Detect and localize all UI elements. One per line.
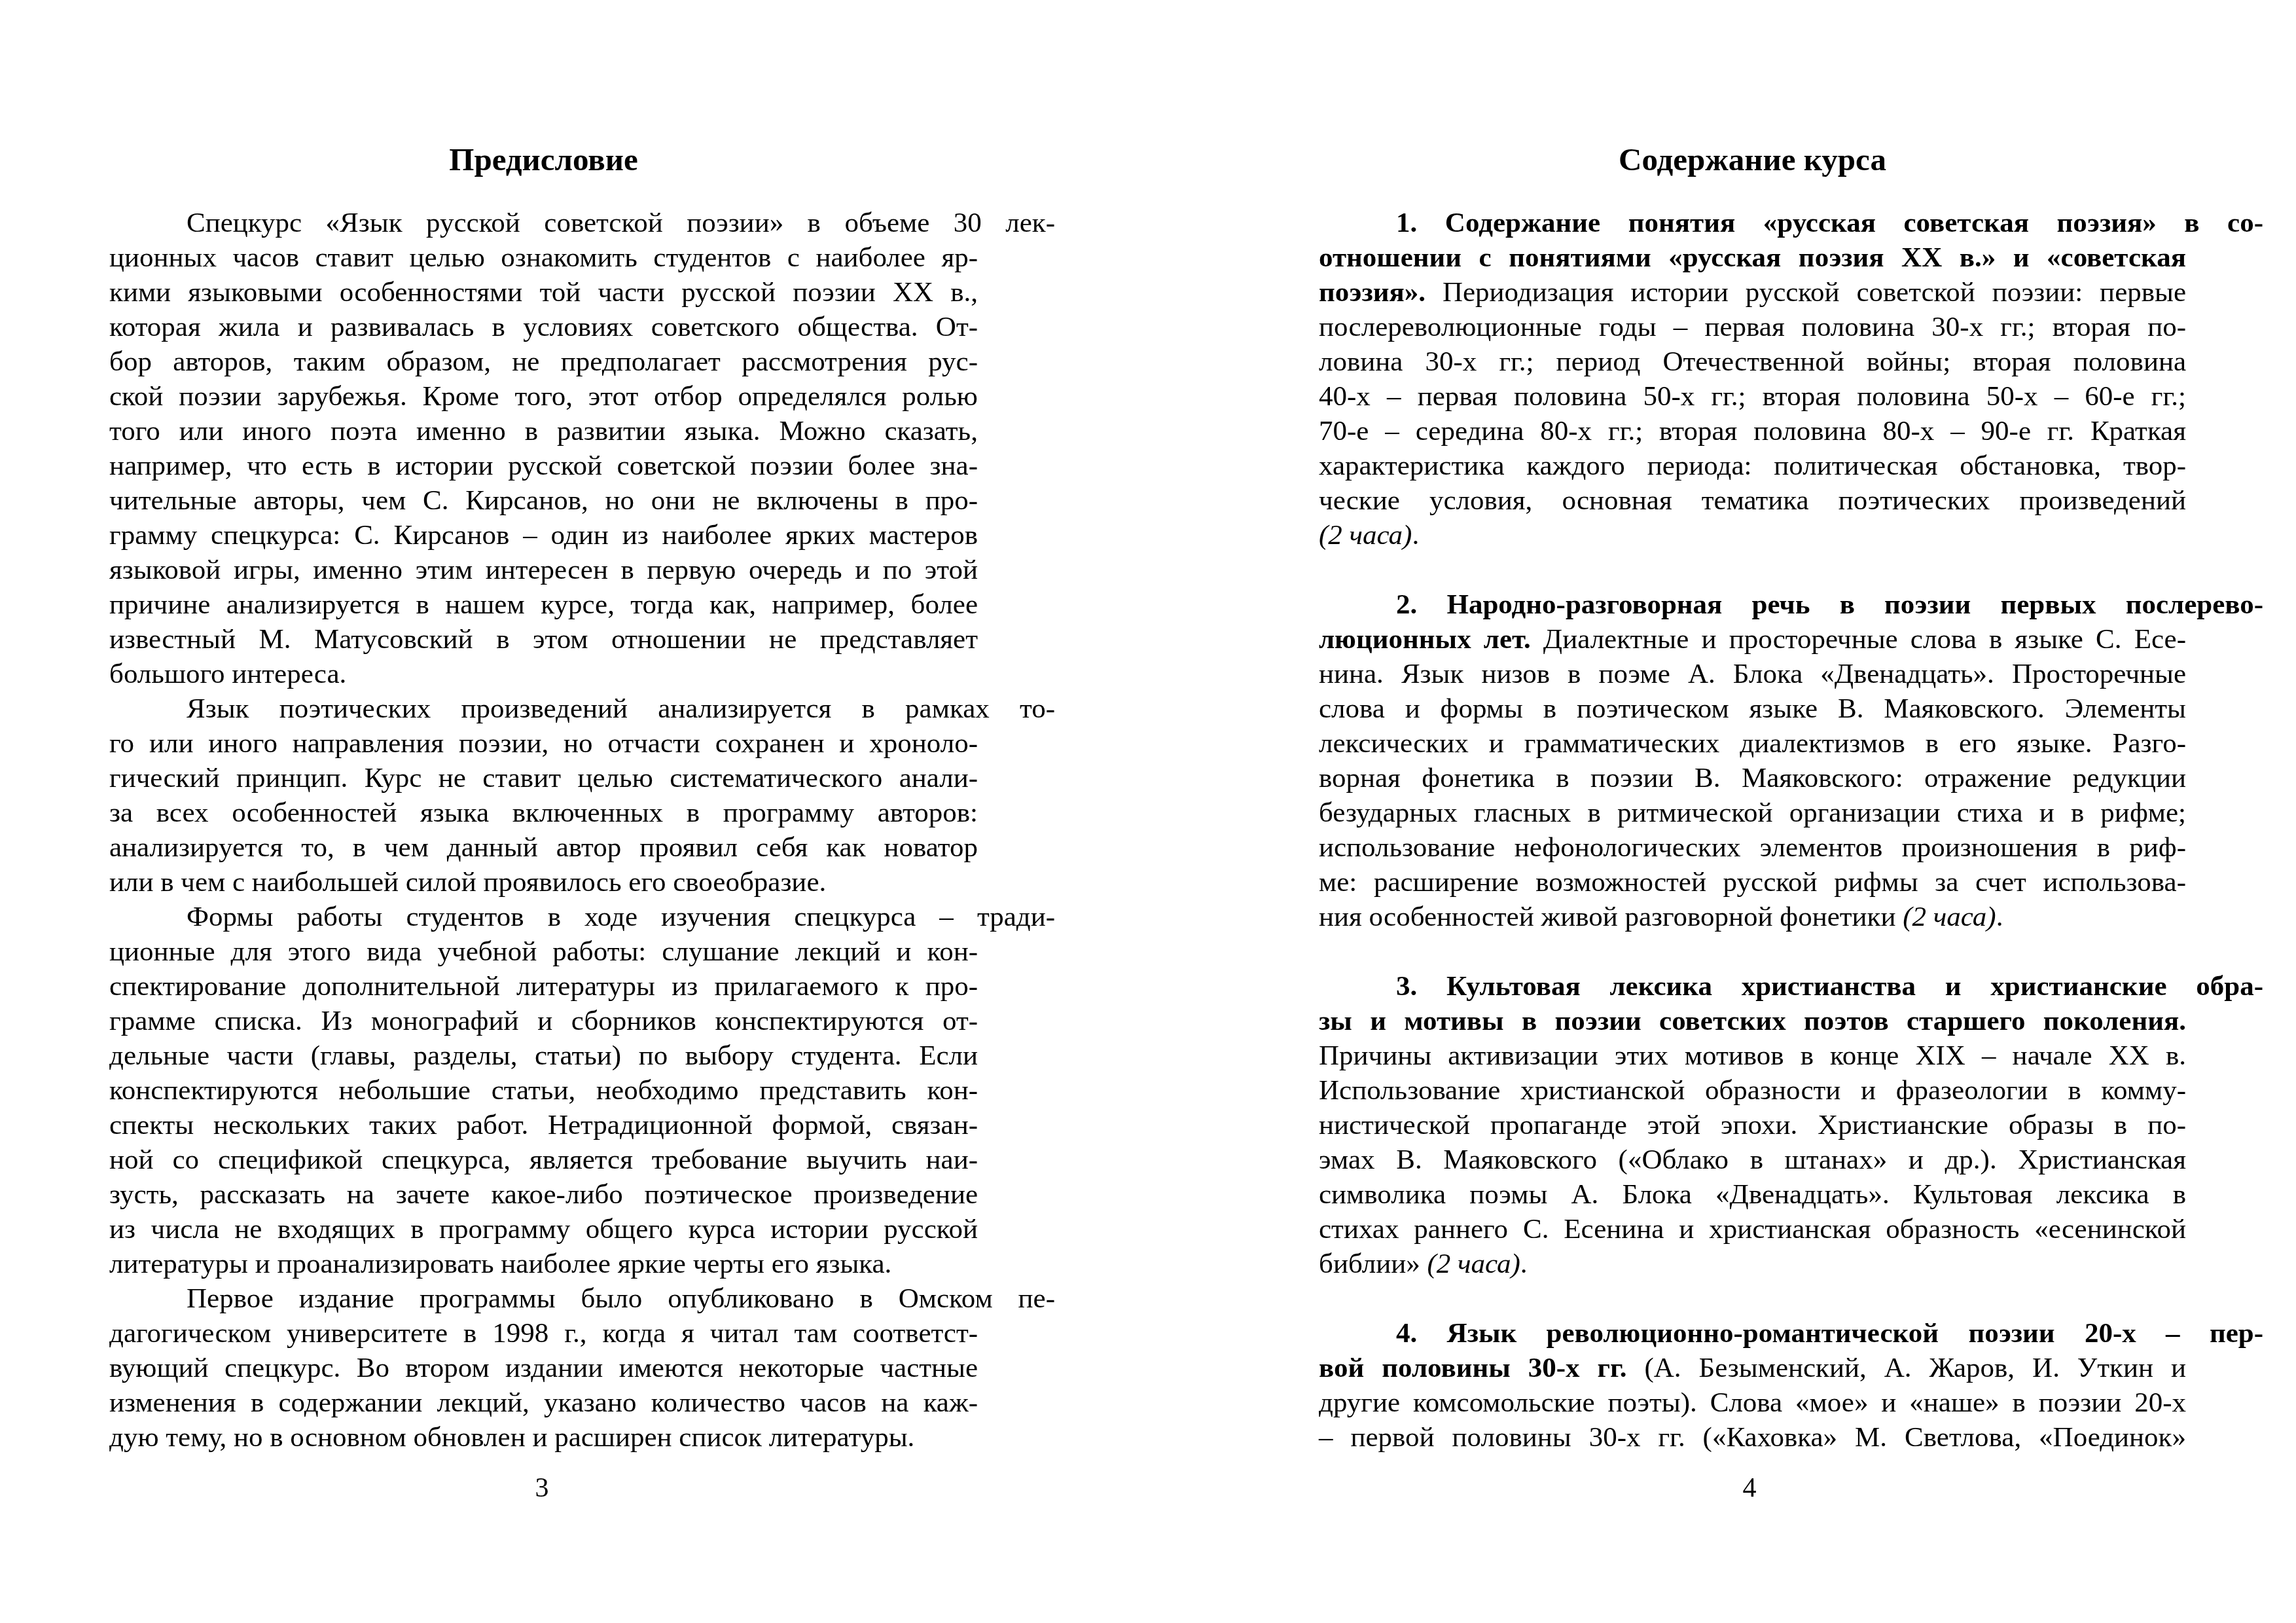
text-line: языковой игры, именно этим интересен в п… [109,553,978,587]
section-body-text: Диалектные и просторечные слова в языке … [1531,624,2186,655]
text-line: которая жила и развивалась в условиях со… [109,310,978,344]
text-line: ме: расширение возможностей русской рифм… [1319,865,2186,900]
section-body-text: символика поэмы А. Блока «Двенадцать». К… [1319,1179,2186,1210]
section-heading-text: 1. Содержание понятия «русская советская… [1396,208,2263,238]
section-body-text: Периодизация истории русской советской п… [1426,277,2186,308]
text-line: люционных лет. Диалектные и просторечные… [1319,622,2186,657]
text-line: 4. Язык революционно-романтической поэзи… [1319,1316,2263,1351]
text-line: известный М. Матусовский в этом отношени… [109,622,978,657]
text-line: дую тему, но в основном обновлен и расши… [109,1420,978,1455]
page-number: 4 [1717,1472,1782,1504]
section-body-text: нистической пропаганде этой эпохи. Христ… [1319,1110,2186,1140]
section-body-text: ния особенностей живой разговорной фонет… [1319,902,1903,932]
text-line: ционные для этого вида учебной работы: с… [109,934,978,969]
section-body-text: стихах раннего С. Есенина и христианская… [1319,1214,2186,1245]
text-line: ской поэзии зарубежья. Кроме того, этот … [109,379,978,414]
course-section-2: 2. Народно-разговорная речь в поэзии пер… [1319,587,2186,934]
hours-note: (2 часа) [1427,1249,1520,1279]
text-line: 1. Содержание понятия «русская советская… [1319,206,2263,240]
page-right: Содержание курса 1. Содержание понятия «… [1148,0,2296,1623]
paragraph: Язык поэтических произведений анализируе… [109,691,978,900]
text-line: конспектируются небольшие статьи, необхо… [109,1073,978,1108]
paragraph: Формы работы студентов в ходе изучения с… [109,900,978,1281]
text-line: 70-е – середина 80-х гг.; вторая половин… [1319,414,2186,448]
text-line: чительные авторы, чем С. Кирсанов, но он… [109,483,978,518]
section-heading-text: 3. Культовая лексика христианства и хрис… [1396,971,2263,1002]
section-body-text: (А. Безыменский, А. Жаров, И. Уткин и [1626,1353,2186,1383]
section-body-text: безударных гласных в ритмической организ… [1319,797,2186,828]
text-line: или в чем с наибольшей силой проявилось … [109,865,978,900]
text-line: символика поэмы А. Блока «Двенадцать». К… [1319,1177,2186,1212]
text-line: (2 часа). [1319,518,2186,553]
section-heading-text: отношении с понятиями «русская поэзия XX… [1319,242,2186,273]
text-line: спекты нескольких таких работ. Нетрадици… [109,1108,978,1142]
text-line: Спецкурс «Язык русской советской поэзии»… [109,206,1055,240]
text-line: использование нефонологических элементов… [1319,830,2186,865]
text-line: большого интереса. [109,657,978,691]
text-line: лексических и грамматических диалектизмо… [1319,726,2186,761]
section-body-text: характеристика каждого периода: политиче… [1319,450,2186,481]
text-line: дельные части (главы, разделы, статьи) п… [109,1038,978,1073]
text-line: поэзия». Периодизация истории русской со… [1319,275,2186,310]
text-line: причине анализируется в нашем курсе, тог… [109,587,978,622]
paragraph: Первое издание программы было опубликова… [109,1281,978,1455]
text-line: дагогическом университете в 1998 г., ког… [109,1316,978,1351]
text-line: ционных часов ставит целью ознакомить ст… [109,240,978,275]
section-body-text: 40-х – первая половина 50-х гг.; вторая … [1319,381,2186,412]
page-title: Предисловие [109,141,978,178]
section-body-text: нина. Язык низов в поэме А. Блока «Двена… [1319,659,2186,689]
text-line: эмах В. Маяковского («Облако в штанах» и… [1319,1142,2186,1177]
text-line: изменения в содержании лекций, указано к… [109,1385,978,1420]
text-line: анализируется то, в чем данный автор про… [109,830,978,865]
course-section-1: 1. Содержание понятия «русская советская… [1319,206,2186,553]
text-line: Использование христианской образности и … [1319,1073,2186,1108]
text-line: 3. Культовая лексика христианства и хрис… [1319,969,2263,1004]
text-line: нистической пропаганде этой эпохи. Христ… [1319,1108,2186,1142]
section-body-text: Причины активизации этих мотивов в конце… [1319,1040,2186,1071]
section-body-text: ворная фонетика в поэзии В. Маяковского:… [1319,763,2186,793]
section-body-text: ловина 30-х гг.; период Отечественной во… [1319,346,2186,377]
text-line: безударных гласных в ритмической организ… [1319,795,2186,830]
text-line: спектирование дополнительной литературы … [109,969,978,1004]
text-line: Причины активизации этих мотивов в конце… [1319,1038,2186,1073]
text-line: 40-х – первая половина 50-х гг.; вторая … [1319,379,2186,414]
section-body-text: эмах В. Маяковского («Облако в штанах» и… [1319,1144,2186,1175]
text-line: например, что есть в истории русской сов… [109,448,978,483]
text-line: за всех особенностей языка включенных в … [109,795,978,830]
text-line: отношении с понятиями «русская поэзия XX… [1319,240,2186,275]
section-body-text: Использование христианской образности и … [1319,1075,2186,1106]
text-line: того или иного поэта именно в развитии я… [109,414,978,448]
text-line: Первое издание программы было опубликова… [109,1281,1055,1316]
section-body-text: . [1412,520,1419,551]
text-line: вой половины 30-х гг. (А. Безыменский, А… [1319,1351,2186,1385]
text-line: ворная фонетика в поэзии В. Маяковского:… [1319,761,2186,795]
section-body-text: . [1520,1249,1528,1279]
text-line: из числа не входящих в программу общего … [109,1212,978,1247]
section-heading-text: 4. Язык революционно-романтической поэзи… [1396,1318,2263,1349]
section-heading-text: зы и мотивы в поэзии советских поэтов ст… [1319,1006,2186,1036]
section-body-text: ме: расширение возможностей русской рифм… [1319,867,2186,898]
text-line: ния особенностей живой разговорной фонет… [1319,900,2186,934]
text-line: ловина 30-х гг.; период Отечественной во… [1319,344,2186,379]
course-section-3: 3. Культовая лексика христианства и хрис… [1319,969,2186,1281]
section-body-text: другие комсомольские поэты). Слова «мое»… [1319,1387,2186,1418]
text-line: нина. Язык низов в поэме А. Блока «Двена… [1319,657,2186,691]
section-heading-text: поэзия». [1319,277,1426,308]
text-line: – первой половины 30-х гг. («Каховка» М.… [1319,1420,2186,1455]
section-body-text: – первой половины 30-х гг. («Каховка» М.… [1319,1422,2186,1453]
text-line: литературы и проанализировать наиболее я… [109,1247,978,1281]
text-line: бор авторов, таким образом, не предполаг… [109,344,978,379]
text-line: стихах раннего С. Есенина и христианская… [1319,1212,2186,1247]
text-line: вующий спецкурс. Во втором издании имеют… [109,1351,978,1385]
text-line: зы и мотивы в поэзии советских поэтов ст… [1319,1004,2186,1038]
section-body-text: . [1996,902,2003,932]
text-line: библии» (2 часа). [1319,1247,2186,1281]
course-contents-body: 1. Содержание понятия «русская советская… [1319,206,2186,1489]
page-left: Предисловие Спецкурс «Язык русской совет… [0,0,1148,1623]
section-body-text: ческие условия, основная тематика поэтич… [1319,485,2186,516]
text-line: 2. Народно-разговорная речь в поэзии пер… [1319,587,2263,622]
preface-body: Спецкурс «Язык русской советской поэзии»… [109,206,978,1455]
section-heading-text: вой половины 30-х гг. [1319,1353,1626,1383]
section-body-text: лексических и грамматических диалектизмо… [1319,728,2186,759]
section-heading-text: люционных лет. [1319,624,1531,655]
text-line: грамму спецкурса: С. Кирсанов – один из … [109,518,978,553]
text-line: ной со спецификой спецкурса, является тр… [109,1142,978,1177]
section-body-text: библии» [1319,1249,1427,1279]
text-line: кими языковыми особенностями той части р… [109,275,978,310]
section-body-text: 70-е – середина 80-х гг.; вторая половин… [1319,416,2186,447]
section-body-text: слова и формы в поэтическом языке В. Мая… [1319,693,2186,724]
text-line: грамме списка. Из монографий и сборников… [109,1004,978,1038]
text-line: слова и формы в поэтическом языке В. Мая… [1319,691,2186,726]
text-line: го или иного направления поэзии, но отча… [109,726,978,761]
text-line: Формы работы студентов в ходе изучения с… [109,900,1055,934]
page-title: Содержание курса [1319,141,2186,178]
page-number: 3 [509,1472,575,1504]
text-line: Язык поэтических произведений анализируе… [109,691,1055,726]
text-line: другие комсомольские поэты). Слова «мое»… [1319,1385,2186,1420]
section-heading-text: 2. Народно-разговорная речь в поэзии пер… [1396,589,2263,620]
text-line: ческие условия, основная тематика поэтич… [1319,483,2186,518]
hours-note: (2 часа) [1903,902,1996,932]
paragraph: Спецкурс «Язык русской советской поэзии»… [109,206,978,691]
section-body-text: использование нефонологических элементов… [1319,832,2186,863]
section-body-text: послереволюционные годы – первая половин… [1319,312,2186,342]
text-line: послереволюционные годы – первая половин… [1319,310,2186,344]
text-line: гический принцип. Курс не ставит целью с… [109,761,978,795]
text-line: зусть, рассказать на зачете какое-либо п… [109,1177,978,1212]
hours-note: (2 часа) [1319,520,1412,551]
course-section-4: 4. Язык революционно-романтической поэзи… [1319,1316,2186,1455]
text-line: характеристика каждого периода: политиче… [1319,448,2186,483]
